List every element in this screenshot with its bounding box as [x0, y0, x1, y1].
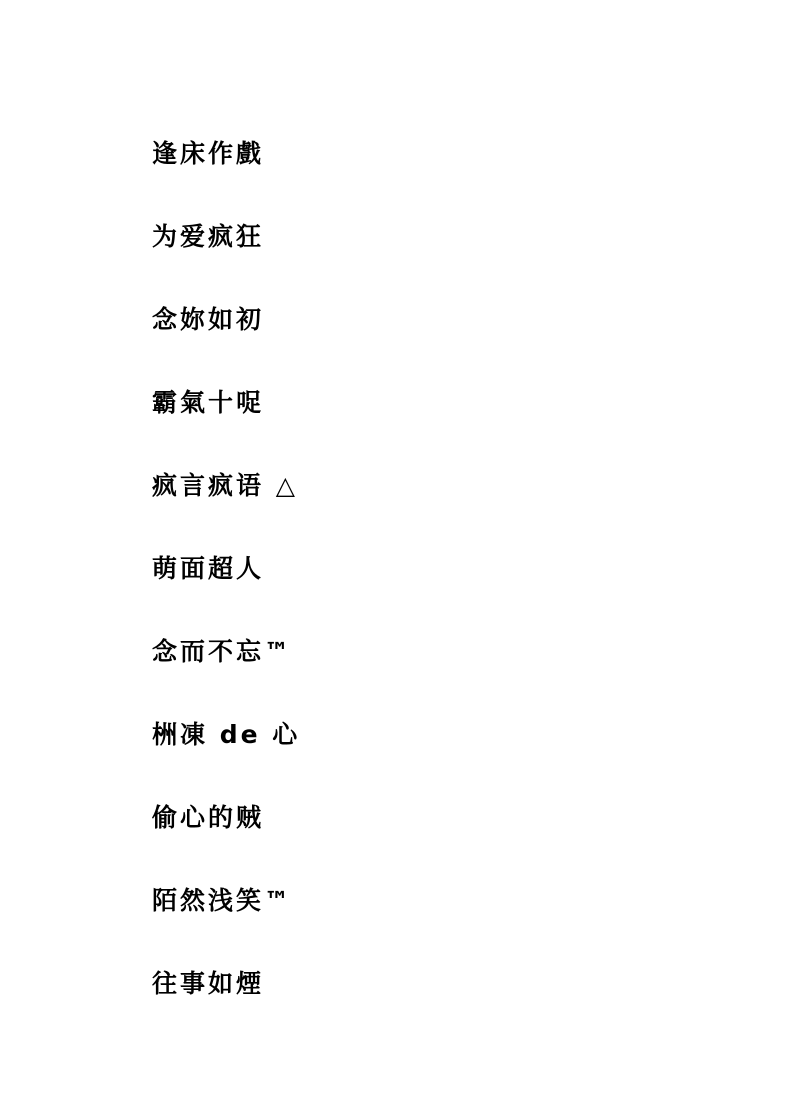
- nickname-line: 偷心的贼: [152, 804, 792, 887]
- nickname-line: 念妳如初: [152, 306, 792, 389]
- nickname-line: 疯言疯语 △: [152, 472, 792, 555]
- nickname-line: 逢床作戲: [152, 140, 792, 223]
- nickname-line: 陌然浅笑™: [152, 887, 792, 970]
- nickname-line: 往事如煙: [152, 970, 792, 1053]
- nickname-line: 萌面超人: [152, 555, 792, 638]
- nickname-line: 栦凍 de 心: [152, 721, 792, 804]
- nickname-line: 念而不忘™: [152, 638, 792, 721]
- document-page: 逢床作戲 为爱疯狂 念妳如初 霸氣十哫 疯言疯语 △ 萌面超人 念而不忘™ 栦凍…: [0, 0, 792, 1120]
- nickname-line: 霸氣十哫: [152, 389, 792, 472]
- nickname-line: 为爱疯狂: [152, 223, 792, 306]
